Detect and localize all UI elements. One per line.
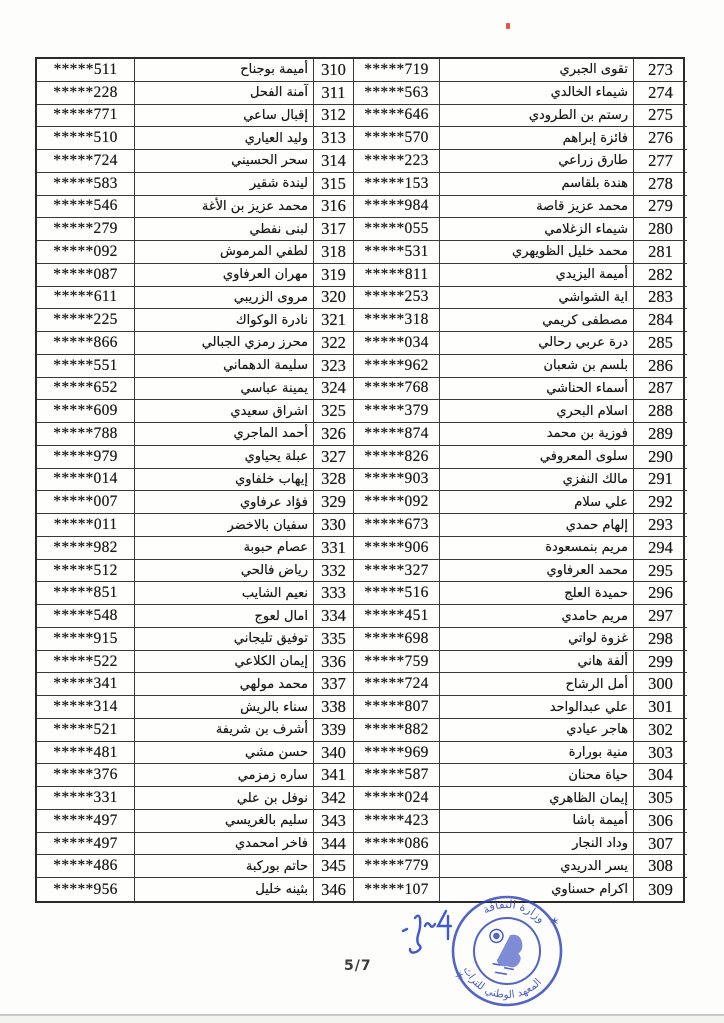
row-number-cell: 287 [634, 378, 687, 401]
masked-id-cell: *****956 [37, 878, 135, 901]
masked-id-cell: *****007 [37, 491, 135, 514]
masked-id-cell: *****511 [37, 59, 135, 82]
masked-id-cell: *****087 [37, 264, 135, 287]
masked-id-cell: *****279 [37, 218, 135, 241]
masked-id-cell: *****788 [37, 423, 135, 446]
name-cell: درة عربي رحالي [440, 332, 634, 355]
name-cell: مريم حامدي [440, 605, 634, 628]
name-cell: اية الشواشي [440, 287, 634, 310]
name-cell: شيماء الزغلامي [440, 218, 634, 241]
masked-id-cell: *****609 [37, 400, 135, 423]
row-number-cell: 321 [314, 309, 354, 332]
masked-id-cell: *****768 [354, 378, 440, 401]
name-cell: أحمد الماجري [135, 423, 314, 446]
name-cell: حميدة العلج [440, 582, 634, 605]
name-cell: محمد خليل الظويهري [440, 241, 634, 264]
name-cell: ساره زمزمي [135, 764, 314, 787]
signature-tick [403, 929, 407, 931]
row-number-cell: 280 [634, 218, 687, 241]
name-cell: محمد عزيز بن الأغة [135, 196, 314, 219]
row-number-cell: 318 [314, 241, 354, 264]
masked-id-cell: *****962 [354, 355, 440, 378]
row-number-cell: 330 [314, 514, 354, 537]
row-number-cell: 283 [634, 287, 687, 310]
name-cell: منية بورارة [440, 742, 634, 765]
masked-id-cell: *****982 [37, 537, 135, 560]
row-number-cell: 286 [634, 355, 687, 378]
masked-id-cell: *****423 [354, 810, 440, 833]
name-cell: غزوة لواتي [440, 628, 634, 651]
row-number-cell: 299 [634, 651, 687, 674]
masked-id-cell: *****521 [37, 719, 135, 742]
row-number-cell: 346 [314, 878, 354, 901]
row-number-cell: 300 [634, 673, 687, 696]
row-number-cell: 276 [634, 127, 687, 150]
name-cell: اسلام البحري [440, 400, 634, 423]
row-number-cell: 311 [314, 82, 354, 105]
row-number-cell: 325 [314, 400, 354, 423]
name-cell: شيماء الخالدي [440, 82, 634, 105]
name-cell: نادرة الوكواك [135, 309, 314, 332]
row-number-cell: 314 [314, 150, 354, 173]
row-number-cell: 295 [634, 560, 687, 583]
masked-id-cell: *****314 [37, 696, 135, 719]
roster-table: *****511أميمة بوجناح310*****719تقوى الجب… [35, 57, 685, 903]
masked-id-cell: *****228 [37, 82, 135, 105]
row-number-cell: 292 [634, 491, 687, 514]
masked-id-cell: *****719 [354, 59, 440, 82]
name-cell: مالك النفزي [440, 469, 634, 492]
row-number-cell: 288 [634, 400, 687, 423]
name-cell: بلسم بن شعبان [440, 355, 634, 378]
name-cell: سفيان بالاخضر [135, 514, 314, 537]
name-cell: أسماء الحناشي [440, 378, 634, 401]
page-number: 5/7 [344, 958, 372, 974]
name-cell: آمنة الفحل [135, 82, 314, 105]
row-number-cell: 337 [314, 673, 354, 696]
name-cell: حسن مشي [135, 742, 314, 765]
name-cell: لطفي المرموش [135, 241, 314, 264]
masked-id-cell: *****011 [37, 514, 135, 537]
masked-id-cell: *****546 [37, 196, 135, 219]
masked-id-cell: *****563 [354, 82, 440, 105]
row-number-cell: 281 [634, 241, 687, 264]
row-number-cell: 277 [634, 150, 687, 173]
masked-id-cell: *****055 [354, 218, 440, 241]
row-number-cell: 296 [634, 582, 687, 605]
name-cell: مروى الزريبي [135, 287, 314, 310]
row-number-cell: 275 [634, 105, 687, 128]
masked-id-cell: *****497 [37, 833, 135, 856]
name-cell: عبلة يحياوي [135, 446, 314, 469]
scan-red-speck [506, 23, 510, 29]
masked-id-cell: *****882 [354, 719, 440, 742]
masked-id-cell: *****724 [37, 150, 135, 173]
masked-id-cell: *****092 [37, 241, 135, 264]
row-number-cell: 326 [314, 423, 354, 446]
masked-id-cell: *****531 [354, 241, 440, 264]
stamp-star-top-right: ✶ [547, 914, 560, 931]
masked-id-cell: *****318 [354, 309, 440, 332]
name-cell: محمد مولهي [135, 673, 314, 696]
masked-id-cell: *****984 [354, 196, 440, 219]
row-number-cell: 345 [314, 855, 354, 878]
name-cell: إلهام حمدي [440, 514, 634, 537]
row-number-cell: 335 [314, 628, 354, 651]
masked-id-cell: *****225 [37, 309, 135, 332]
masked-id-cell: *****611 [37, 287, 135, 310]
row-number-cell: 309 [634, 878, 687, 901]
name-cell: طارق زراعي [440, 150, 634, 173]
row-number-cell: 306 [634, 810, 687, 833]
name-cell: محمد عزيز قاصة [440, 196, 634, 219]
name-cell: فوزية بن محمد [440, 423, 634, 446]
name-cell: مهران العرفاوي [135, 264, 314, 287]
name-cell: اشراق سعيدي [135, 400, 314, 423]
name-cell: سناء بالريش [135, 696, 314, 719]
name-cell: فاخر امحمدي [135, 833, 314, 856]
row-number-cell: 315 [314, 173, 354, 196]
row-number-cell: 298 [634, 628, 687, 651]
row-number-cell: 285 [634, 332, 687, 355]
masked-id-cell: *****811 [354, 264, 440, 287]
masked-id-cell: *****451 [354, 605, 440, 628]
row-number-cell: 340 [314, 742, 354, 765]
masked-id-cell: *****516 [354, 582, 440, 605]
name-cell: أمل الرشاح [440, 673, 634, 696]
row-number-cell: 274 [634, 82, 687, 105]
masked-id-cell: *****646 [354, 105, 440, 128]
row-number-cell: 341 [314, 764, 354, 787]
row-number-cell: 304 [634, 764, 687, 787]
row-number-cell: 331 [314, 537, 354, 560]
row-number-cell: 303 [634, 742, 687, 765]
row-number-cell: 279 [634, 196, 687, 219]
signature-main-stroke [410, 916, 421, 953]
name-cell: توفيق تليجاني [135, 628, 314, 651]
name-cell: نوفل بن علي [135, 787, 314, 810]
masked-id-cell: *****906 [354, 537, 440, 560]
name-cell: إيهاب خلفاوي [135, 469, 314, 492]
stamp-bottom-text: المعهد الوطني للتراث [457, 963, 546, 1008]
row-number-cell: 302 [634, 719, 687, 742]
row-number-cell: 334 [314, 605, 354, 628]
masked-id-cell: *****724 [354, 673, 440, 696]
masked-id-cell: *****014 [37, 469, 135, 492]
row-number-cell: 327 [314, 446, 354, 469]
row-number-cell: 333 [314, 582, 354, 605]
row-number-cell: 329 [314, 491, 354, 514]
row-number-cell: 273 [634, 59, 687, 82]
name-cell: سليم بالغريسي [135, 810, 314, 833]
row-number-cell: 336 [314, 651, 354, 674]
row-number-cell: 297 [634, 605, 687, 628]
masked-id-cell: *****587 [354, 764, 440, 787]
masked-id-cell: *****092 [354, 491, 440, 514]
name-cell: نعيم الشايب [135, 582, 314, 605]
masked-id-cell: *****253 [354, 287, 440, 310]
row-number-cell: 344 [314, 833, 354, 856]
name-cell: أشرف بن شريفة [135, 719, 314, 742]
masked-id-cell: *****771 [37, 105, 135, 128]
row-number-cell: 282 [634, 264, 687, 287]
name-cell: محمد العرفاوي [440, 560, 634, 583]
masked-id-cell: *****086 [354, 833, 440, 856]
name-cell: امال لعوج [135, 605, 314, 628]
name-cell: حياة محنان [440, 764, 634, 787]
masked-id-cell: *****497 [37, 810, 135, 833]
masked-id-cell: *****652 [37, 378, 135, 401]
name-cell: لبنى نفطي [135, 218, 314, 241]
name-cell: إقبال ساعي [135, 105, 314, 128]
name-cell: سحر الحسيني [135, 150, 314, 173]
row-number-cell: 324 [314, 378, 354, 401]
masked-id-cell: *****826 [354, 446, 440, 469]
masked-id-cell: *****379 [354, 400, 440, 423]
masked-id-cell: *****376 [37, 764, 135, 787]
row-number-cell: 320 [314, 287, 354, 310]
row-number-cell: 294 [634, 537, 687, 560]
name-cell: رياض فالحي [135, 560, 314, 583]
name-cell: مصطفى كريمي [440, 309, 634, 332]
name-cell: علي سلام [440, 491, 634, 514]
name-cell: مريم بنمسعودة [440, 537, 634, 560]
masked-id-cell: *****673 [354, 514, 440, 537]
masked-id-cell: *****153 [354, 173, 440, 196]
name-cell: فائزة إبراهم [440, 127, 634, 150]
name-cell: فؤاد عرفاوي [135, 491, 314, 514]
masked-id-cell: *****779 [354, 855, 440, 878]
name-cell: إيمان الكلاعي [135, 651, 314, 674]
masked-id-cell: *****698 [354, 628, 440, 651]
masked-id-cell: *****024 [354, 787, 440, 810]
masked-id-cell: *****481 [37, 742, 135, 765]
name-cell: محرز رمزي الجبالي [135, 332, 314, 355]
row-number-cell: 316 [314, 196, 354, 219]
masked-id-cell: *****522 [37, 651, 135, 674]
row-number-cell: 278 [634, 173, 687, 196]
row-number-cell: 328 [314, 469, 354, 492]
row-number-cell: 319 [314, 264, 354, 287]
name-cell: يمينة عباسي [135, 378, 314, 401]
name-cell: سلوى المعروفي [440, 446, 634, 469]
masked-id-cell: *****107 [354, 878, 440, 901]
row-number-cell: 343 [314, 810, 354, 833]
name-cell: ألفة هاني [440, 651, 634, 674]
masked-id-cell: *****510 [37, 127, 135, 150]
row-number-cell: 291 [634, 469, 687, 492]
row-number-cell: 312 [314, 105, 354, 128]
row-number-cell: 342 [314, 787, 354, 810]
masked-id-cell: *****341 [37, 673, 135, 696]
name-cell: ليندة شقير [135, 173, 314, 196]
row-number-cell: 313 [314, 127, 354, 150]
official-stamp: ✶ ✶ وزارة الثقافة المعهد الوطني للتراث [437, 879, 577, 1023]
name-cell: رستم بن الطرودي [440, 105, 634, 128]
masked-id-cell: *****034 [354, 332, 440, 355]
masked-id-cell: *****548 [37, 605, 135, 628]
name-cell: سليمة الدهماني [135, 355, 314, 378]
masked-id-cell: *****979 [37, 446, 135, 469]
name-cell: بثينه خليل [135, 878, 314, 901]
masked-id-cell: *****874 [354, 423, 440, 446]
row-number-cell: 317 [314, 218, 354, 241]
name-cell: وليد العياري [135, 127, 314, 150]
row-number-cell: 289 [634, 423, 687, 446]
masked-id-cell: *****331 [37, 787, 135, 810]
name-cell: أميمة اليزيدي [440, 264, 634, 287]
masked-id-cell: *****759 [354, 651, 440, 674]
row-number-cell: 322 [314, 332, 354, 355]
name-cell: هندة بلقاسم [440, 173, 634, 196]
row-number-cell: 310 [314, 59, 354, 82]
signature-squiggle [425, 923, 435, 927]
row-number-cell: 338 [314, 696, 354, 719]
scan-bottom-margin [0, 1016, 724, 1023]
masked-id-cell: *****903 [354, 469, 440, 492]
row-number-cell: 307 [634, 833, 687, 856]
row-number-cell: 323 [314, 355, 354, 378]
name-cell: علي عبدالواحد [440, 696, 634, 719]
row-number-cell: 305 [634, 787, 687, 810]
masked-id-cell: *****223 [354, 150, 440, 173]
masked-id-cell: *****851 [37, 582, 135, 605]
masked-id-cell: *****866 [37, 332, 135, 355]
row-number-cell: 301 [634, 696, 687, 719]
masked-id-cell: *****570 [354, 127, 440, 150]
row-number-cell: 290 [634, 446, 687, 469]
masked-id-cell: *****486 [37, 855, 135, 878]
masked-id-cell: *****327 [354, 560, 440, 583]
name-cell: هاجر عيادي [440, 719, 634, 742]
masked-id-cell: *****915 [37, 628, 135, 651]
row-number-cell: 284 [634, 309, 687, 332]
stamp-emblem [484, 928, 524, 976]
name-cell: أميمة بوجناح [135, 59, 314, 82]
masked-id-cell: *****512 [37, 560, 135, 583]
masked-id-cell: *****969 [354, 742, 440, 765]
name-cell: تقوى الجبري [440, 59, 634, 82]
row-number-cell: 332 [314, 560, 354, 583]
scanned-page: { "page": { "number_label": "5/7" }, "ta… [0, 0, 724, 1023]
name-cell: عصام حبوبة [135, 537, 314, 560]
name-cell: إيمان الظاهري [440, 787, 634, 810]
masked-id-cell: *****551 [37, 355, 135, 378]
row-number-cell: 293 [634, 514, 687, 537]
svg-text:المعهد الوطني للتراث: المعهد الوطني للتراث [457, 963, 546, 1008]
name-cell: أميمة باشا [440, 810, 634, 833]
row-number-cell: 339 [314, 719, 354, 742]
masked-id-cell: *****583 [37, 173, 135, 196]
name-cell: حاتم بوركبة [135, 855, 314, 878]
masked-id-cell: *****807 [354, 696, 440, 719]
name-cell: وداد النجار [440, 833, 634, 856]
name-cell: يسر الدريدي [440, 855, 634, 878]
row-number-cell: 308 [634, 855, 687, 878]
